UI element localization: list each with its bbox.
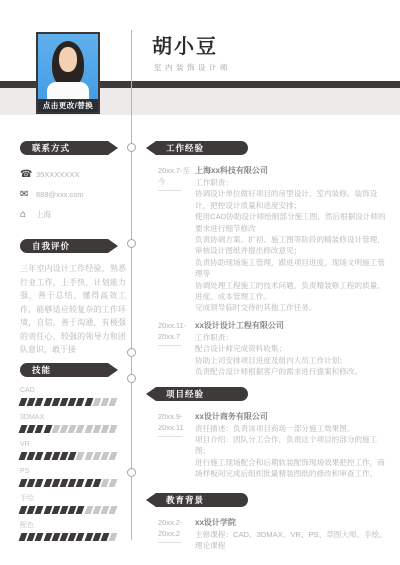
projects-section-header: 项目经验 [146,387,392,401]
timeline-node [127,143,136,152]
entry-date: 20xx.7-至今 [158,165,195,187]
skill-bar-segment [109,452,118,460]
entry-detail-line: 工作职责： [195,332,392,343]
skills-section-header: 技能 [20,363,128,377]
contact-item: ☎35XXXXXXX [20,164,128,184]
experience-entry: 20xx.9-20xx.11xx设计商务有限公司责任描述：负责该项目商场一部分施… [146,411,392,480]
work-section-header: 工作经验 [146,141,392,155]
entry-date-underline [158,436,182,437]
work-entries: 20xx.7-至今上海xx科技有限公司工作职责：协调设计单位做好项目的房型设计、… [146,165,392,378]
timeline-node [127,239,136,248]
banner-arrow [146,141,156,155]
contact-section-header: 联系方式 [20,141,128,155]
skill-bar-segment [84,425,93,433]
skill-label: 配色 [20,522,128,530]
entry-date-column: 20xx.11-20xx.7 [146,320,195,378]
contact-text: 888@xxx.com [36,190,84,199]
experience-entry: 20xx.11-20xx.7xx设计设计工程有限公司工作职责：配合设计师完成资料… [146,320,392,378]
contact-heading: 联系方式 [20,141,108,155]
skill-bar-segment [109,425,118,433]
entry-detail-line: 项目介绍：团队分工合作，负责这个项目的部分的施工图； [195,434,392,457]
skill-bar-segment [51,425,60,433]
banner-arrow [108,363,118,377]
sidebar: 联系方式 ☎35XXXXXXX✉888@xxx.com⌂上海 自我评价 三年室内… [20,141,128,549]
education-entries: 20xx.2-20xx.2xx设计学院主修课程：CAD、3DMAX、VR、PS、… [146,517,392,552]
skill-bar-segment [92,506,101,514]
skill-bar-segment [84,506,93,514]
entry-date-column: 20xx.7-至今 [146,165,195,314]
skill-bar-segment [43,506,52,514]
work-heading: 工作经验 [156,141,248,155]
skill-bar-segment [43,479,52,487]
skill-bar-segment [35,533,44,541]
skill-bar-segment [109,533,118,541]
skill-bar-segment [43,533,52,541]
skill-bar [20,452,128,460]
skill-item: CAD [20,387,128,406]
skill-bar [20,425,128,433]
entry-detail-line: 工作职责： [195,177,392,188]
entry-date: 20xx.2-20xx.2 [158,517,195,539]
skill-bar-segment [109,479,118,487]
entry-detail-line: 配合设计师完成资料收集； [195,343,392,354]
entry-detail-line: 负责协调方案、扩初、施工图等阶段的精装修设计管理，审核设计图纸并提出修改意见； [195,234,392,257]
skill-label: VR [20,441,128,449]
project-entries: 20xx.9-20xx.11xx设计商务有限公司责任描述：负责该项目商场一部分施… [146,411,392,480]
skill-item: 配色 [20,522,128,541]
entry-date-underline [158,345,182,346]
skill-bar-segment [84,452,93,460]
contact-text: 上海 [36,209,51,220]
entry-date-underline [158,190,182,191]
skill-bar-segment [51,506,60,514]
entry-date-underline [158,542,182,543]
skill-bar-segment [35,398,44,406]
photo-person-face [59,47,77,72]
entry-content: xx设计商务有限公司责任描述：负责该项目商场一部分施工效果图。项目介绍：团队分工… [195,411,392,480]
skill-bar-segment [43,425,52,433]
skill-bar-segment [43,452,52,460]
timeline-line [131,30,132,540]
skill-bar-segment [92,533,101,541]
skill-bar-segment [76,398,85,406]
contact-item: ⌂上海 [20,204,128,224]
skill-bar-segment [109,506,118,514]
self-eval-heading: 自我评价 [20,239,108,253]
self-eval-section-header: 自我评价 [20,239,128,253]
entry-organization: 上海xx科技有限公司 [195,165,392,177]
photo-person-shirt [47,82,89,100]
skill-bar-segment [76,533,85,541]
education-section-header: 教育背景 [146,493,392,507]
skill-bar-segment [43,398,52,406]
skill-label: PS [20,468,128,476]
skill-bar-segment [35,452,44,460]
skill-bar-segment [35,425,44,433]
entry-detail-line: 协调处理工程施工的技术问题，负责精装修工程的质量、进度、成本管理工作。 [195,280,392,303]
phone-icon: ☎ [20,169,36,180]
skill-bar-segment [51,452,60,460]
self-eval-text: 三年室内设计工作经验，熟悉行业工作，上手快，计划能力强，善于总结，懂得高效工作，… [20,262,126,357]
skill-bar-segment [92,479,101,487]
entry-date-column: 20xx.2-20xx.2 [146,517,195,552]
entry-detail-line: 协助上司安排项目进度及组内人员工作计划； [195,355,392,366]
skill-bar-segment [84,533,93,541]
contact-item: ✉888@xxx.com [20,184,128,204]
timeline-node [127,468,136,477]
skill-bar [20,398,128,406]
candidate-job-title: 室内装饰设计师 [154,62,231,73]
skill-bar-segment [92,398,101,406]
skill-bar-segment [92,452,101,460]
skill-bar-segment [51,479,60,487]
banner-arrow [108,141,118,155]
profile-photo[interactable]: 点击更改/替换 [36,32,100,114]
entry-detail-line: 使用CAD协助设计师绘制部分施工图，然后根据设计师的要求进行细节修改 [195,211,392,234]
skill-item: 3DMAX [20,414,128,433]
entry-detail-line: 协调设计单位做好项目的房型设计、室内装修、装饰设计，把控设计质量和进度安排； [195,188,392,211]
candidate-name: 胡小豆 [152,30,218,59]
entry-organization: xx设计商务有限公司 [195,411,392,423]
skill-bar-segment [51,398,60,406]
skill-bar-segment [35,506,44,514]
skill-item: PS [20,468,128,487]
entry-detail-line: 主修课程：CAD、3DMAX、VR、PS、草图大师、手绘、理论课程 [195,529,392,552]
entry-organization: xx设计学院 [195,517,392,529]
skill-bar [20,533,128,541]
entry-organization: xx设计设计工程有限公司 [195,320,392,332]
contact-list: ☎35XXXXXXX✉888@xxx.com⌂上海 [20,164,128,224]
skill-bar [20,479,128,487]
contact-text: 35XXXXXXX [36,170,79,179]
mail-icon: ✉ [20,189,36,200]
skill-label: CAD [20,387,128,395]
banner-arrow [146,387,156,401]
entry-detail-line: 负责配合设计师根据客户的需求进行提案和修改。 [195,366,392,377]
entry-date-column: 20xx.9-20xx.11 [146,411,195,480]
projects-heading: 项目经验 [156,387,248,401]
entry-detail-line: 负责协助现场施工管理，跟进项目进度，现场文明施工管理等 [195,257,392,280]
skill-bar-segment [76,452,85,460]
entry-date: 20xx.11-20xx.7 [158,320,195,342]
entry-date: 20xx.9-20xx.11 [158,411,195,433]
skill-bar-segment [92,425,101,433]
home-icon: ⌂ [20,209,36,220]
skill-bar-segment [84,479,93,487]
skill-bar-segment [109,398,118,406]
skill-bar-segment [76,479,85,487]
entry-detail-line: 完成领导临时交待的其他工作任务。 [195,302,392,313]
timeline-node [127,348,136,357]
education-heading: 教育背景 [156,493,248,507]
skill-bar-segment [35,479,44,487]
skill-bar-segment [76,506,85,514]
skills-heading: 技能 [20,363,108,377]
timeline-node [127,374,136,383]
entry-content: xx设计设计工程有限公司工作职责：配合设计师完成资料收集；协助上司安排项目进度及… [195,320,392,378]
entry-content: 上海xx科技有限公司工作职责：协调设计单位做好项目的房型设计、室内装修、装饰设计… [195,165,392,314]
banner-arrow [146,493,156,507]
skills-list: CAD3DMAXVRPS手绘配色 [20,387,128,541]
skill-bar [20,506,128,514]
skill-bar-segment [51,533,60,541]
banner-arrow [108,239,118,253]
skill-label: 手绘 [20,495,128,503]
experience-entry: 20xx.7-至今上海xx科技有限公司工作职责：协调设计单位做好项目的房型设计、… [146,165,392,314]
resume-page: 点击更改/替换 胡小豆 室内装饰设计师 联系方式 ☎35XXXXXXX✉888@… [0,0,400,565]
entry-detail-line: 责任描述：负责该项目商场一部分施工效果图。 [195,423,392,434]
photo-replace-button[interactable]: 点击更改/替换 [38,99,98,112]
skill-item: VR [20,441,128,460]
skill-label: 3DMAX [20,414,128,422]
skill-item: 手绘 [20,495,128,514]
entry-detail-line: 进行施工现场配合和后期软装配饰现场效果把控工作，商场样板间完成后组织批量精装图纸… [195,457,392,480]
entry-content: xx设计学院主修课程：CAD、3DMAX、VR、PS、草图大师、手绘、理论课程 [195,517,392,552]
skill-bar-segment [76,425,85,433]
experience-entry: 20xx.2-20xx.2xx设计学院主修课程：CAD、3DMAX、VR、PS、… [146,517,392,552]
skill-bar-segment [84,398,93,406]
main-column: 工作经验 20xx.7-至今上海xx科技有限公司工作职责：协调设计单位做好项目的… [146,141,392,551]
